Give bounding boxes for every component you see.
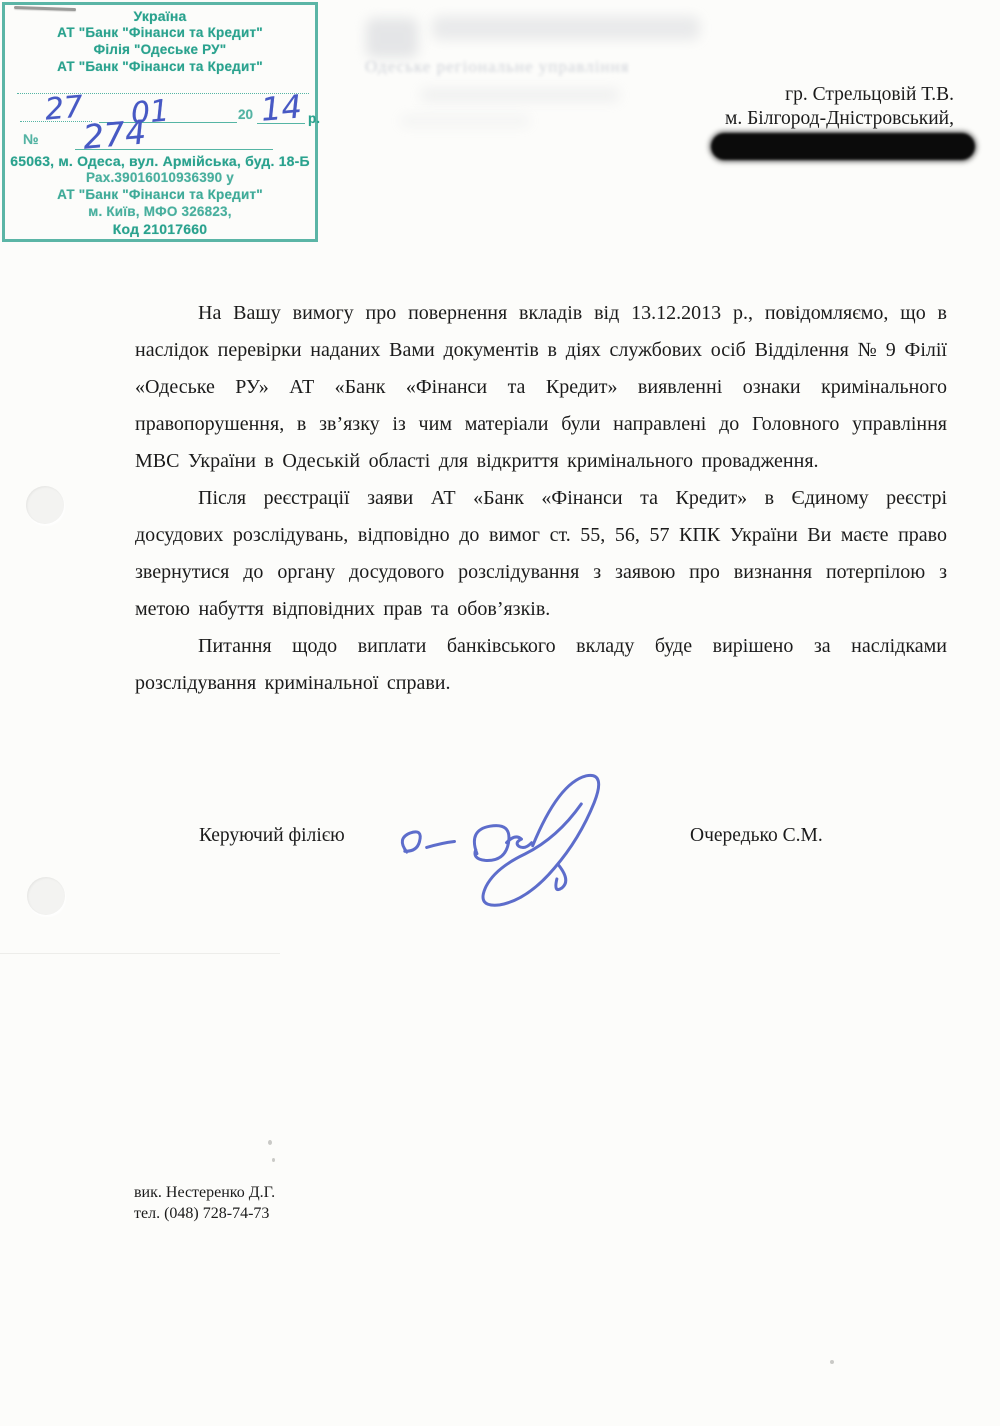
stamp-bank-name-2: АТ "Банк "Фінанси та Кредит" bbox=[5, 59, 315, 74]
paper-speck bbox=[268, 1140, 272, 1145]
bank-stamp: Україна АТ "Банк "Фінанси та Кредит" Філ… bbox=[2, 2, 318, 242]
recipient-block: гр. Стрельцовій Т.В. м. Білгород-Дністро… bbox=[725, 84, 954, 132]
recipient-name: гр. Стрельцовій Т.В. bbox=[725, 84, 954, 105]
bleedthrough-smudge bbox=[432, 16, 700, 40]
signer-name: Очередько С.М. bbox=[690, 825, 823, 847]
handwritten-number: 274 bbox=[81, 112, 147, 156]
stamp-branch-name: Філія "Одеське РУ" bbox=[5, 42, 315, 57]
stamp-country: Україна bbox=[5, 8, 315, 24]
stamp-year-suffix: р. bbox=[308, 111, 320, 126]
stamp-year-prefix: 20 bbox=[238, 107, 253, 122]
punch-hole-mark bbox=[26, 486, 64, 524]
stamp-bank-name-3: АТ "Банк "Фінанси та Кредит" bbox=[5, 187, 315, 202]
stamp-account: Рах.39016010936390 у bbox=[5, 170, 315, 185]
bleedthrough-smudge bbox=[420, 88, 620, 102]
executor-block: вик. Нестеренко Д.Г. тел. (048) 728-74-7… bbox=[134, 1182, 275, 1224]
stamp-bank-name: АТ "Банк "Фінанси та Кредит" bbox=[5, 25, 315, 40]
executor-phone: тел. (048) 728-74-73 bbox=[134, 1203, 275, 1224]
stamp-mfo: м. Київ, МФО 326823, bbox=[5, 204, 315, 219]
paragraph: Після реєстрації заяви АТ «Банк «Фінанси… bbox=[135, 480, 947, 628]
stamp-rule bbox=[75, 149, 273, 150]
redaction-bar bbox=[711, 133, 975, 160]
scanned-letter-page: Одеське регіональне управління Україна А… bbox=[0, 0, 1000, 1426]
recipient-city: м. Білгород-Дністровський, bbox=[725, 108, 954, 129]
bleedthrough-smudge bbox=[400, 115, 530, 127]
stamp-rule bbox=[257, 123, 305, 124]
stamp-code: Код 21017660 bbox=[5, 221, 315, 237]
signer-title: Керуючий філією bbox=[199, 825, 345, 847]
bleedthrough-smudge bbox=[366, 18, 418, 58]
handwritten-signature bbox=[382, 765, 668, 945]
paper-speck bbox=[830, 1360, 834, 1364]
stamp-address: 65063, м. Одеса, вул. Армійська, буд. 18… bbox=[5, 153, 315, 169]
executor-name: вик. Нестеренко Д.Г. bbox=[134, 1182, 275, 1203]
punch-hole-mark bbox=[27, 877, 65, 915]
stamp-number-label: № bbox=[23, 131, 39, 147]
paper-crease bbox=[0, 953, 280, 954]
bleedthrough-text: Одеське регіональне управління bbox=[365, 57, 765, 77]
paragraph: Питання щодо виплати банківського вкладу… bbox=[135, 628, 947, 702]
paragraph: На Вашу вимогу про повернення вкладів ві… bbox=[135, 295, 947, 480]
paper-speck bbox=[272, 1158, 275, 1162]
letter-body: На Вашу вимогу про повернення вкладів ві… bbox=[135, 295, 947, 702]
